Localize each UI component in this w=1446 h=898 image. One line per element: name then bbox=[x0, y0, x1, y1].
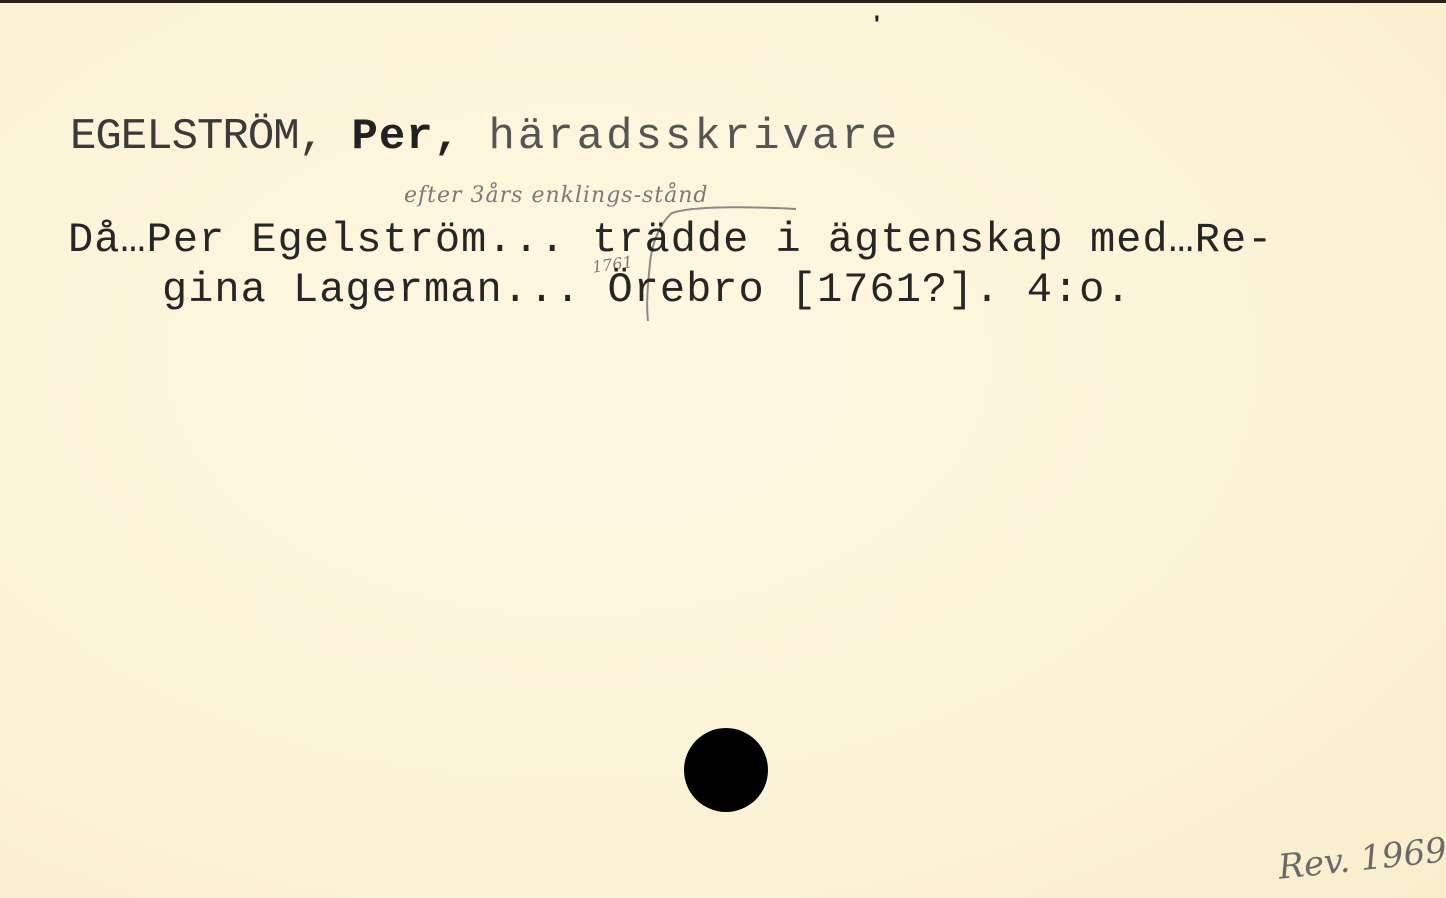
heading-title: häradsskrivare bbox=[488, 112, 900, 162]
ink-mark: ' bbox=[874, 11, 880, 39]
handwritten-insertion: efter 3års enklings-stånd bbox=[404, 183, 709, 208]
heading-given-name: Per, bbox=[351, 112, 461, 162]
card-heading: EGELSTRÖM, Per, häradsskrivare bbox=[70, 111, 900, 163]
revision-note: Rev. 1969 bbox=[1276, 830, 1446, 887]
heading-surname: EGELSTRÖM, bbox=[70, 112, 324, 162]
card-body-line-1: Då…Per Egelström... trädde i ägtenskap m… bbox=[68, 215, 1273, 265]
catalog-card: ' EGELSTRÖM, Per, häradsskrivare efter 3… bbox=[0, 0, 1446, 898]
card-body-line-2: gina Lagerman... Örebro [1761?]. 4:o. bbox=[162, 265, 1132, 315]
punch-hole bbox=[684, 728, 768, 812]
